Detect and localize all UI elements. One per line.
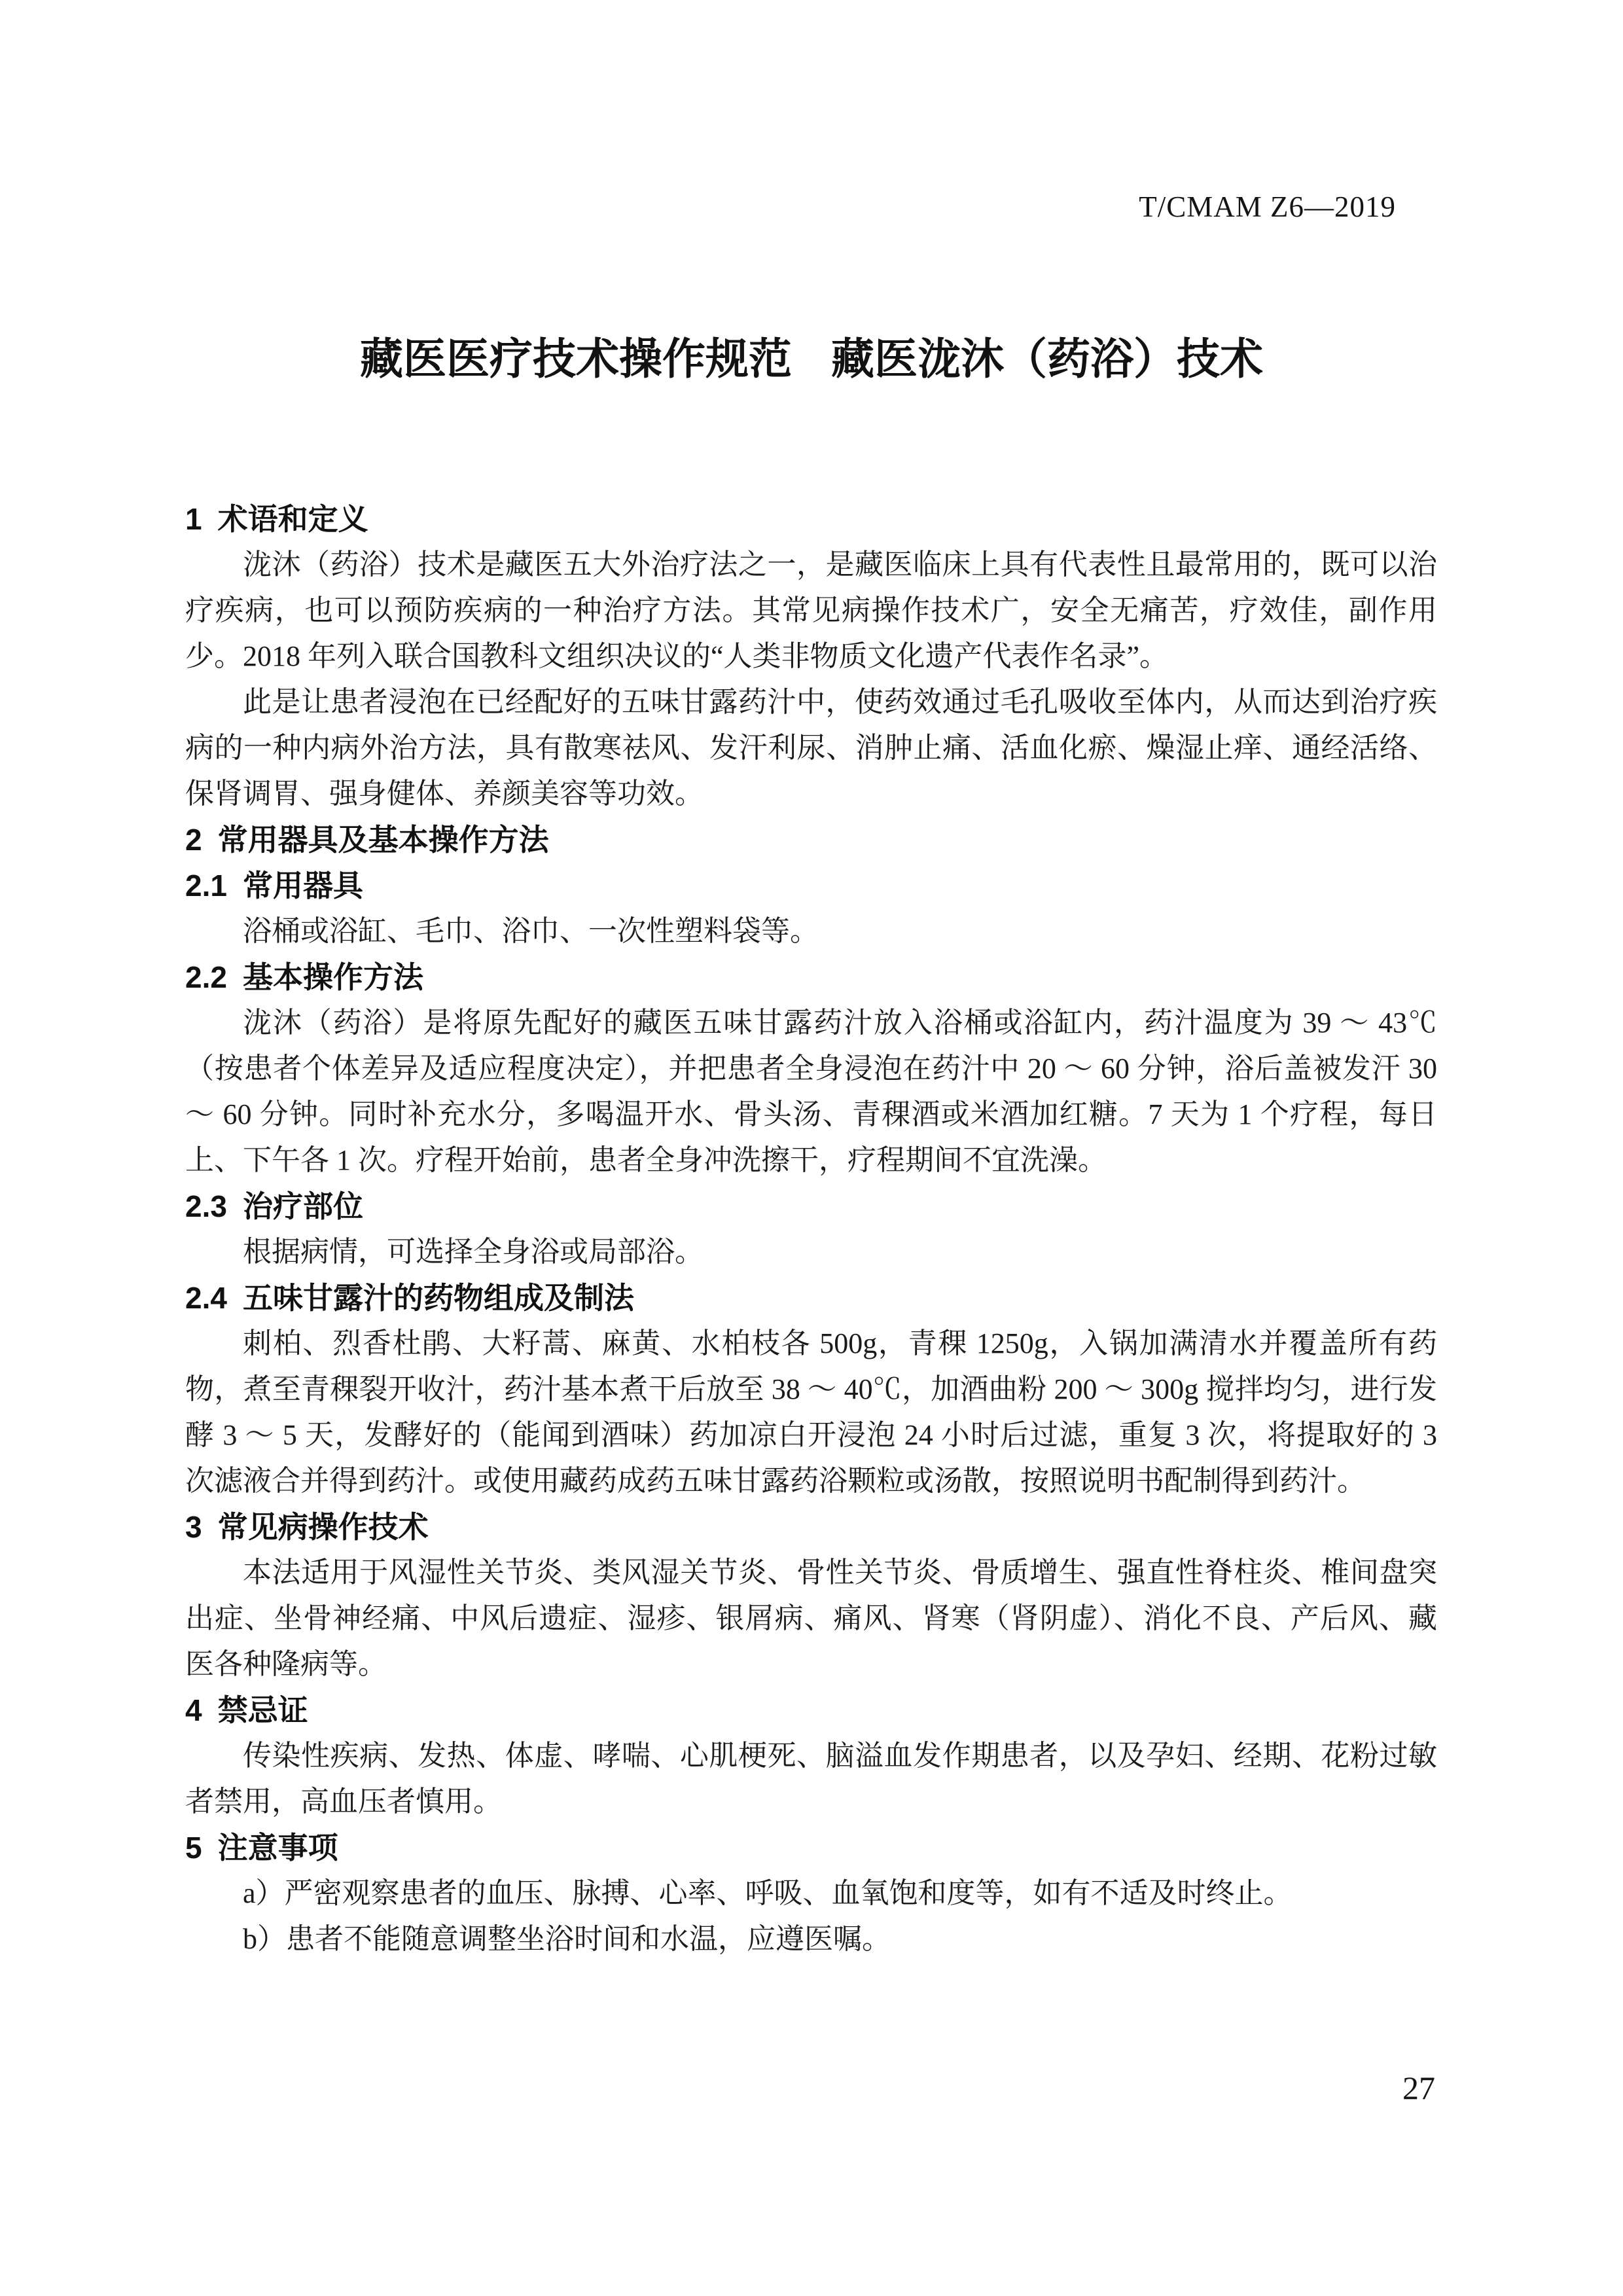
section-title: 常用器具 <box>243 869 363 903</box>
section-title: 基本操作方法 <box>243 960 423 994</box>
paragraph: 泷沐（药浴）技术是藏医五大外治疗法之一，是藏医临床上具有代表性且最常用的，既可以… <box>185 542 1437 679</box>
section-2-heading: 2常用器具及基本操作方法 <box>185 817 1437 863</box>
section-number: 2.1 <box>185 863 227 908</box>
section-number: 3 <box>185 1504 202 1550</box>
section-number: 2.2 <box>185 954 227 1000</box>
paragraph: 本法适用于风湿性关节炎、类风湿关节炎、骨性关节炎、骨质增生、强直性脊柱炎、椎间盘… <box>185 1550 1437 1687</box>
page-number: 27 <box>1402 2070 1435 2106</box>
section-5-heading: 5注意事项 <box>185 1825 1437 1871</box>
standard-code: T/CMAM Z6—2019 <box>1139 191 1396 223</box>
document-title: 藏医医疗技术操作规范藏医泷沐（药浴）技术 <box>0 331 1623 386</box>
section-1-heading: 1术语和定义 <box>185 496 1437 542</box>
section-title: 常用器具及基本操作方法 <box>218 823 549 857</box>
document-title-part-2: 藏医泷沐（药浴）技术 <box>831 334 1263 383</box>
paragraph: 浴桶或浴缸、毛巾、浴巾、一次性塑料袋等。 <box>185 908 1437 954</box>
section-number: 2.3 <box>185 1183 227 1229</box>
section-title: 禁忌证 <box>218 1693 308 1727</box>
section-2-1-heading: 2.1常用器具 <box>185 863 1437 908</box>
section-number: 2 <box>185 817 202 863</box>
document-body: 1术语和定义 泷沐（药浴）技术是藏医五大外治疗法之一，是藏医临床上具有代表性且最… <box>185 496 1437 1962</box>
section-number: 5 <box>185 1825 202 1871</box>
document-page: T/CMAM Z6—2019 藏医医疗技术操作规范藏医泷沐（药浴）技术 1术语和… <box>0 0 1623 2296</box>
section-2-2-heading: 2.2基本操作方法 <box>185 954 1437 1000</box>
document-title-part-1: 藏医医疗技术操作规范 <box>360 334 792 383</box>
section-title: 注意事项 <box>218 1831 338 1865</box>
section-title: 五味甘露汁的药物组成及制法 <box>243 1281 634 1315</box>
note-item-a: a）严密观察患者的血压、脉搏、心率、呼吸、血氧饱和度等，如有不适及时终止。 <box>185 1871 1437 1916</box>
section-number: 1 <box>185 496 202 542</box>
paragraph: 根据病情，可选择全身浴或局部浴。 <box>185 1229 1437 1275</box>
section-number: 2.4 <box>185 1275 227 1321</box>
section-2-4-heading: 2.4五味甘露汁的药物组成及制法 <box>185 1275 1437 1321</box>
section-number: 4 <box>185 1687 202 1733</box>
section-title: 常见病操作技术 <box>218 1510 429 1544</box>
paragraph: 传染性疾病、发热、体虚、哮喘、心肌梗死、脑溢血发作期患者，以及孕妇、经期、花粉过… <box>185 1733 1437 1825</box>
paragraph: 此是让患者浸泡在已经配好的五味甘露药汁中，使药效通过毛孔吸收至体内，从而达到治疗… <box>185 679 1437 817</box>
section-title: 术语和定义 <box>218 502 368 536</box>
section-4-heading: 4禁忌证 <box>185 1687 1437 1733</box>
paragraph: 刺柏、烈香杜鹃、大籽蒿、麻黄、水柏枝各 500g，青稞 1250g，入锅加满清水… <box>185 1321 1437 1504</box>
paragraph: 泷沐（药浴）是将原先配好的藏医五味甘露药汁放入浴桶或浴缸内，药汁温度为 39 ～… <box>185 1000 1437 1183</box>
section-title: 治疗部位 <box>243 1189 363 1223</box>
note-item-b: b）患者不能随意调整坐浴时间和水温，应遵医嘱。 <box>185 1916 1437 1962</box>
section-3-heading: 3常见病操作技术 <box>185 1504 1437 1550</box>
section-2-3-heading: 2.3治疗部位 <box>185 1183 1437 1229</box>
